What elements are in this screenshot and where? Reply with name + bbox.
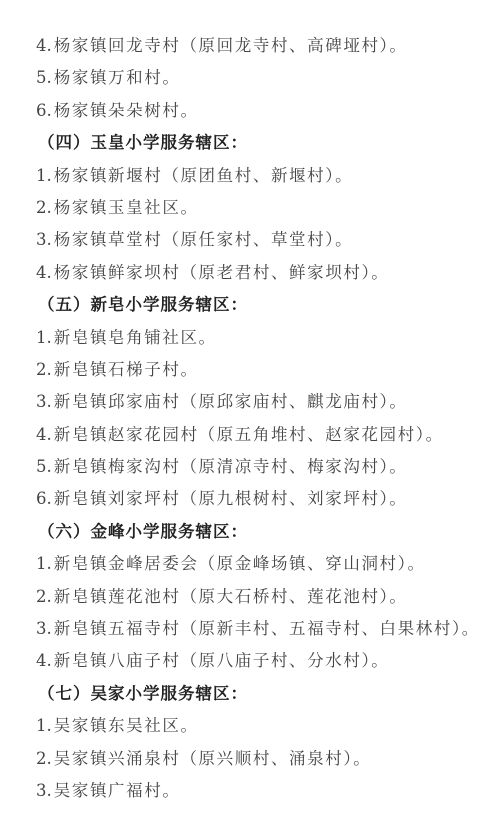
item-text: 新皂镇赵家花园村（原五角堆村、赵家花园村）。 <box>54 425 444 444</box>
item-number: 4. <box>36 425 52 444</box>
list-item: 6.新皂镇刘家坪村（原九根树村、刘家坪村）。 <box>0 483 500 515</box>
list-item: 3.新皂镇邱家庙村（原邱家庙村、麒龙庙村）。 <box>0 386 500 418</box>
document-body: 4.杨家镇回龙寺村（原回龙寺村、高碑垭村）。5.杨家镇万和村。6.杨家镇朵朵树村… <box>0 30 500 807</box>
item-number: 3. <box>36 392 52 411</box>
item-text: 杨家镇鲜家坝村（原老君村、鲜家坝村）。 <box>54 263 390 282</box>
item-text: 新皂镇金峰居委会（原金峰场镇、穿山洞村）。 <box>54 554 426 573</box>
item-text: 新皂镇邱家庙村（原邱家庙村、麒龙庙村）。 <box>54 392 408 411</box>
item-text: 吴家镇广福村。 <box>54 781 181 800</box>
item-number: 3. <box>36 230 52 249</box>
section-heading: （六）金峰小学服务辖区： <box>0 516 500 548</box>
list-item: 1.吴家镇东吴社区。 <box>0 710 500 742</box>
list-item: 2.新皂镇石梯子村。 <box>0 354 500 386</box>
list-item: 3.新皂镇五福寺村（原新丰村、五福寺村、白果林村）。 <box>0 613 500 645</box>
item-number: 1. <box>36 716 52 735</box>
list-item: 5.新皂镇梅家沟村（原清凉寺村、梅家沟村）。 <box>0 451 500 483</box>
item-number: 3. <box>36 619 52 638</box>
list-item: 4.新皂镇赵家花园村（原五角堆村、赵家花园村）。 <box>0 419 500 451</box>
item-text: 吴家镇东吴社区。 <box>54 716 199 735</box>
list-item: 4.新皂镇八庙子村（原八庙子村、分水村）。 <box>0 645 500 677</box>
list-item: 6.杨家镇朵朵树村。 <box>0 95 500 127</box>
item-text: 杨家镇新堰村（原团鱼村、新堰村）。 <box>54 166 353 185</box>
heading-text: （七）吴家小学服务辖区： <box>38 684 248 703</box>
item-text: 吴家镇兴涌泉村（原兴顺村、涌泉村）。 <box>54 749 372 768</box>
section-heading: （四）玉皇小学服务辖区： <box>0 127 500 159</box>
item-text: 新皂镇梅家沟村（原清凉寺村、梅家沟村）。 <box>54 457 408 476</box>
item-number: 1. <box>36 166 52 185</box>
item-text: 新皂镇皂角铺社区。 <box>54 328 217 347</box>
item-number: 5. <box>36 457 52 476</box>
item-number: 4. <box>36 263 52 282</box>
item-text: 新皂镇石梯子村。 <box>54 360 199 379</box>
list-item: 2.杨家镇玉皇社区。 <box>0 192 500 224</box>
list-item: 4.杨家镇鲜家坝村（原老君村、鲜家坝村）。 <box>0 257 500 289</box>
heading-text: （六）金峰小学服务辖区： <box>38 522 248 541</box>
item-number: 1. <box>36 554 52 573</box>
heading-text: （四）玉皇小学服务辖区： <box>38 133 248 152</box>
list-item: 3.吴家镇广福村。 <box>0 775 500 807</box>
item-number: 4. <box>36 36 52 55</box>
list-item: 5.杨家镇万和村。 <box>0 62 500 94</box>
item-text: 新皂镇刘家坪村（原九根树村、刘家坪村）。 <box>54 489 408 508</box>
section-heading: （五）新皂小学服务辖区： <box>0 289 500 321</box>
list-item: 1.新皂镇金峰居委会（原金峰场镇、穿山洞村）。 <box>0 548 500 580</box>
item-text: 杨家镇玉皇社区。 <box>54 198 199 217</box>
list-item: 1.杨家镇新堰村（原团鱼村、新堰村）。 <box>0 160 500 192</box>
list-item: 4.杨家镇回龙寺村（原回龙寺村、高碑垭村）。 <box>0 30 500 62</box>
list-item: 2.新皂镇莲花池村（原大石桥村、莲花池村）。 <box>0 581 500 613</box>
item-number: 1. <box>36 328 52 347</box>
heading-text: （五）新皂小学服务辖区： <box>38 295 248 314</box>
item-number: 5. <box>36 68 52 87</box>
list-item: 3.杨家镇草堂村（原任家村、草堂村）。 <box>0 224 500 256</box>
item-number: 2. <box>36 587 52 606</box>
item-number: 6. <box>36 101 52 120</box>
item-text: 新皂镇八庙子村（原八庙子村、分水村）。 <box>54 651 390 670</box>
item-text: 杨家镇万和村。 <box>54 68 181 87</box>
item-text: 新皂镇五福寺村（原新丰村、五福寺村、白果林村）。 <box>54 619 480 638</box>
section-heading: （七）吴家小学服务辖区： <box>0 678 500 710</box>
item-text: 新皂镇莲花池村（原大石桥村、莲花池村）。 <box>54 587 408 606</box>
list-item: 1.新皂镇皂角铺社区。 <box>0 322 500 354</box>
item-number: 2. <box>36 198 52 217</box>
list-item: 2.吴家镇兴涌泉村（原兴顺村、涌泉村）。 <box>0 743 500 775</box>
item-text: 杨家镇朵朵树村。 <box>54 101 199 120</box>
item-number: 3. <box>36 781 52 800</box>
item-number: 4. <box>36 651 52 670</box>
item-text: 杨家镇草堂村（原任家村、草堂村）。 <box>54 230 353 249</box>
item-number: 2. <box>36 749 52 768</box>
item-number: 6. <box>36 489 52 508</box>
document-page: 4.杨家镇回龙寺村（原回龙寺村、高碑垭村）。5.杨家镇万和村。6.杨家镇朵朵树村… <box>0 0 500 833</box>
item-number: 2. <box>36 360 52 379</box>
item-text: 杨家镇回龙寺村（原回龙寺村、高碑垭村）。 <box>54 36 408 55</box>
